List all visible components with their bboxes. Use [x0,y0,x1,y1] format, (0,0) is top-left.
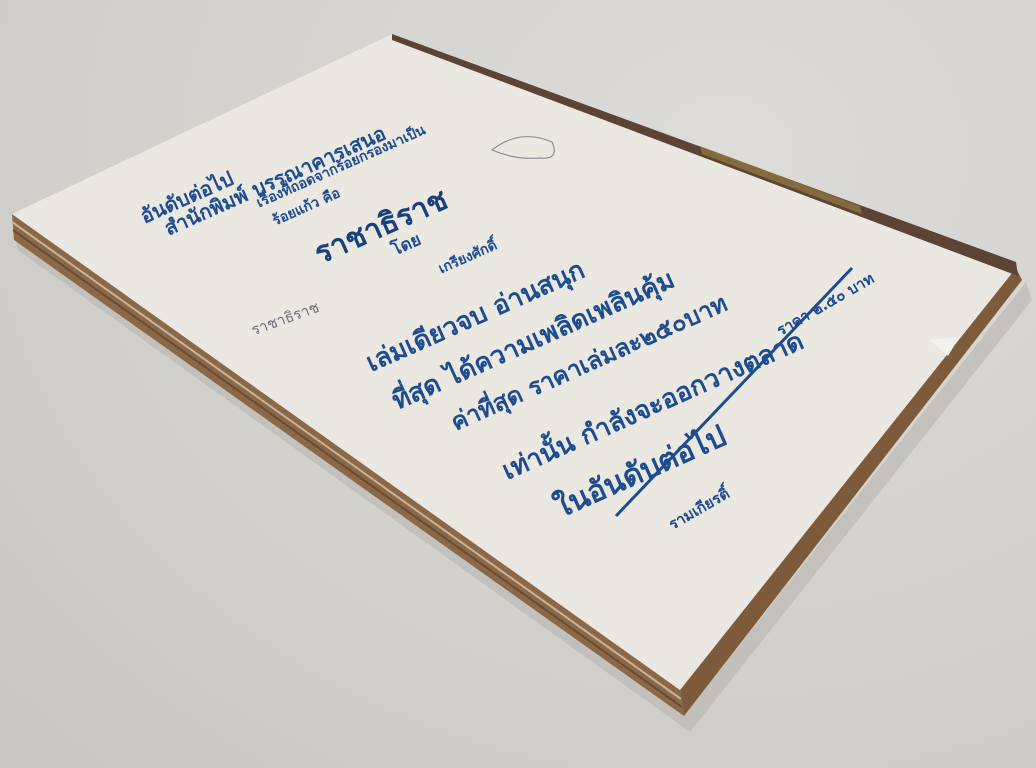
photo-scene: อันดับต่อไป สำนักพิมพ์ บรรณาคารเสนอ เรื่… [0,0,1036,768]
